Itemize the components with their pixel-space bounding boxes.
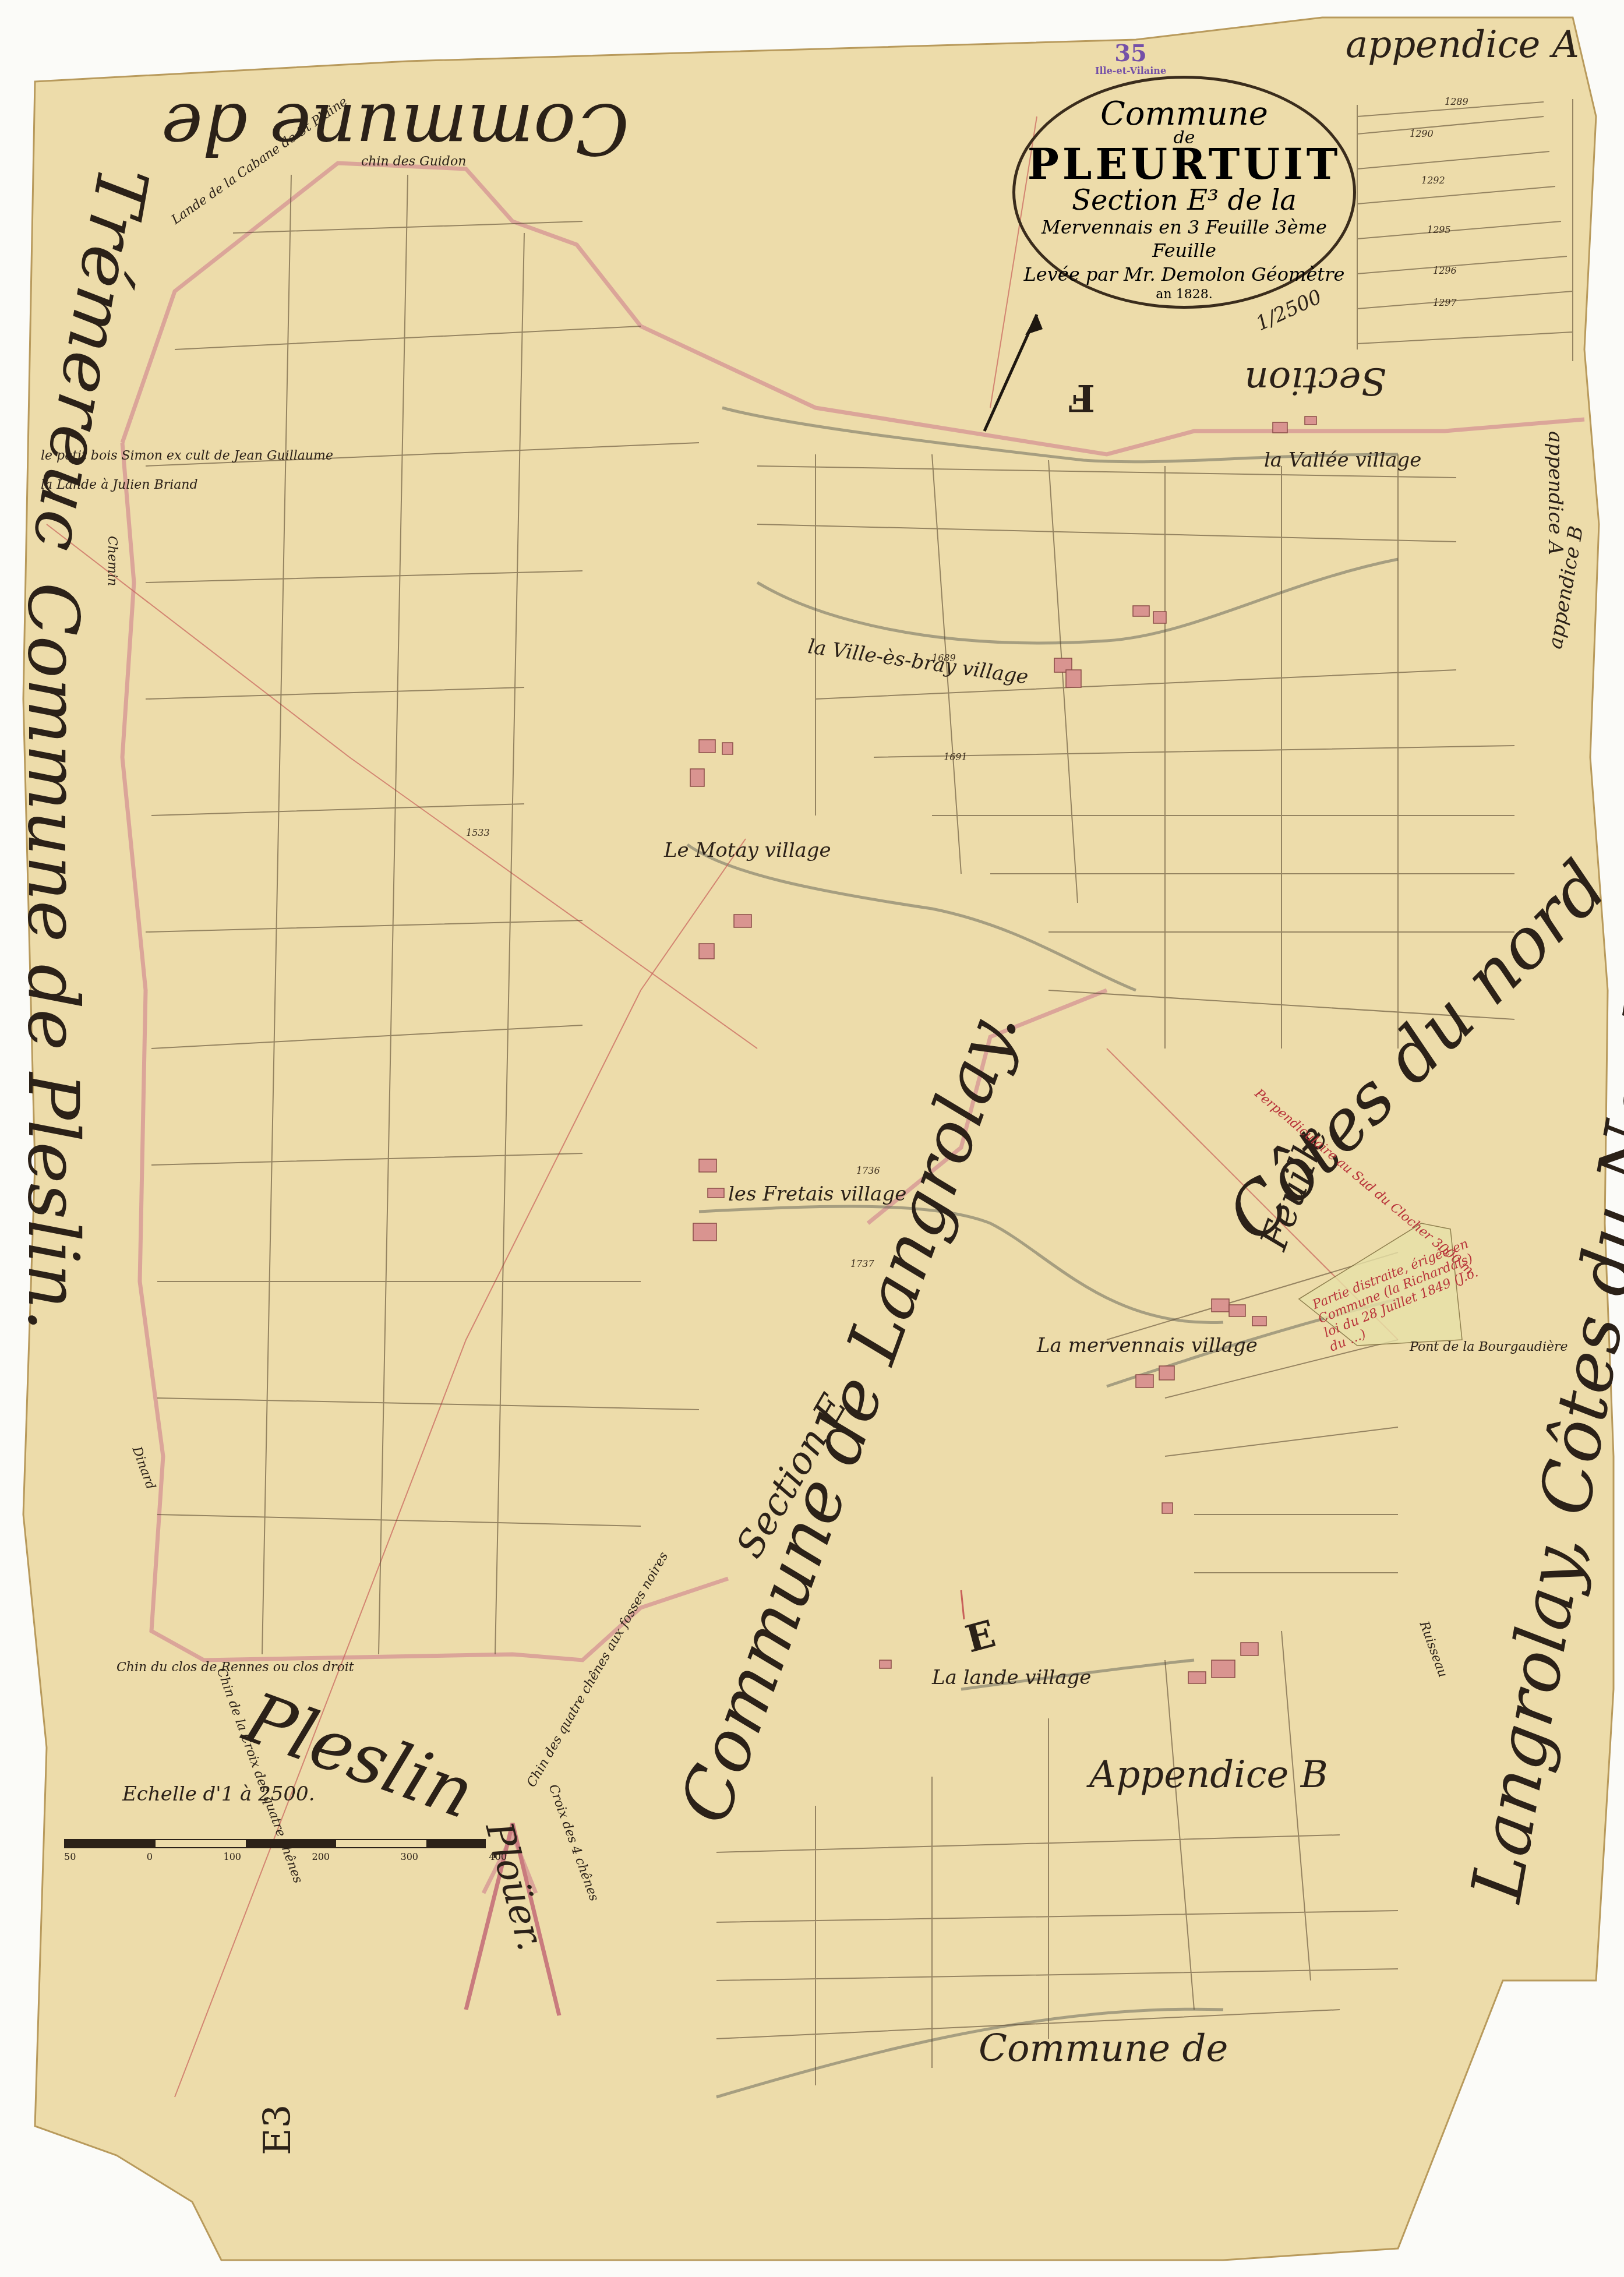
cartouche-section: Section E³ de la: [1015, 185, 1353, 216]
label-appendice-a-top: appendice A: [1346, 23, 1579, 66]
cartouche-subtitle: Mervennais en 3 Feuille 3ème Feuille: [1015, 216, 1353, 262]
scale-tick: 200: [312, 1851, 330, 1862]
village-la-lande: La lande village: [932, 1666, 1091, 1689]
label-clos-rennes: Chin du clos de Rennes ou clos droit: [116, 1660, 354, 1675]
scale-tick: 300: [400, 1851, 418, 1862]
stamp-department: Ille-et-Vilaine: [1095, 65, 1166, 76]
parcel-number: 1292: [1421, 175, 1445, 186]
title-cartouche: Commune de PLEURTUIT Section E³ de la Me…: [1012, 76, 1356, 309]
label-commune-pleslin-vertical: Commune de Pleslin.: [12, 583, 93, 1331]
stamp-number: 35: [1095, 42, 1166, 65]
label-commune-bottom: Commune de: [979, 2027, 1228, 2070]
parcel-number: 1297: [1433, 297, 1457, 308]
archive-stamp: 35 Ille-et-Vilaine: [1095, 42, 1166, 76]
sheet-mark: E3: [256, 2105, 299, 2155]
cartouche-commune-name: PLEURTUIT: [1015, 143, 1353, 185]
label-petit-bois: le petit bois Simon ex cult de Jean Guil…: [41, 449, 333, 463]
scale-bar: [64, 1839, 486, 1848]
parcel-number: 1533: [466, 827, 490, 838]
parcel-number: 1289: [1445, 96, 1468, 107]
label-letter-f: F: [1069, 376, 1095, 419]
scale-bar-ticks: 50 0 100 200 300 400: [64, 1851, 507, 1862]
parcel-number: 1689: [932, 652, 956, 663]
cadastral-map-sheet: 35 Ille-et-Vilaine Commune de PLEURTUIT …: [0, 0, 1624, 2277]
scale-bar-label: Echelle d'1 à 2500.: [122, 1782, 315, 1806]
scale-tick: 50: [64, 1851, 76, 1862]
scale-tick: 0: [147, 1851, 153, 1862]
scale-tick: 400: [489, 1851, 507, 1862]
label-chemin: Chemin: [105, 536, 119, 586]
label-section-top: Section: [1245, 359, 1387, 402]
parcel-number: 1290: [1410, 128, 1434, 139]
village-la-mervennais: La mervennais village: [1037, 1334, 1258, 1357]
parcel-number: 1691: [944, 751, 968, 762]
village-les-fretais: les Fretais village: [728, 1182, 906, 1206]
scale-tick: 100: [223, 1851, 241, 1862]
village-la-vallee: la Vallée village: [1264, 449, 1421, 472]
label-lande-julien: la Lande à Julien Briand: [41, 478, 198, 492]
village-le-motay: Le Motay village: [664, 839, 831, 862]
label-chemin-guidon: chin des Guidon: [361, 154, 466, 169]
label-appendice-b: Appendice B: [1089, 1753, 1328, 1796]
cartouche-surveyor: Levée par Mr. Demolon Géomètre: [1015, 262, 1353, 287]
parcel-number: 1737: [850, 1258, 874, 1269]
parcel-number: 1736: [856, 1165, 880, 1176]
label-pont-bourgaudiere: Pont de la Bourgaudière: [1410, 1340, 1568, 1354]
parcel-number: 1296: [1433, 265, 1457, 276]
parcel-number: 1295: [1427, 224, 1451, 235]
